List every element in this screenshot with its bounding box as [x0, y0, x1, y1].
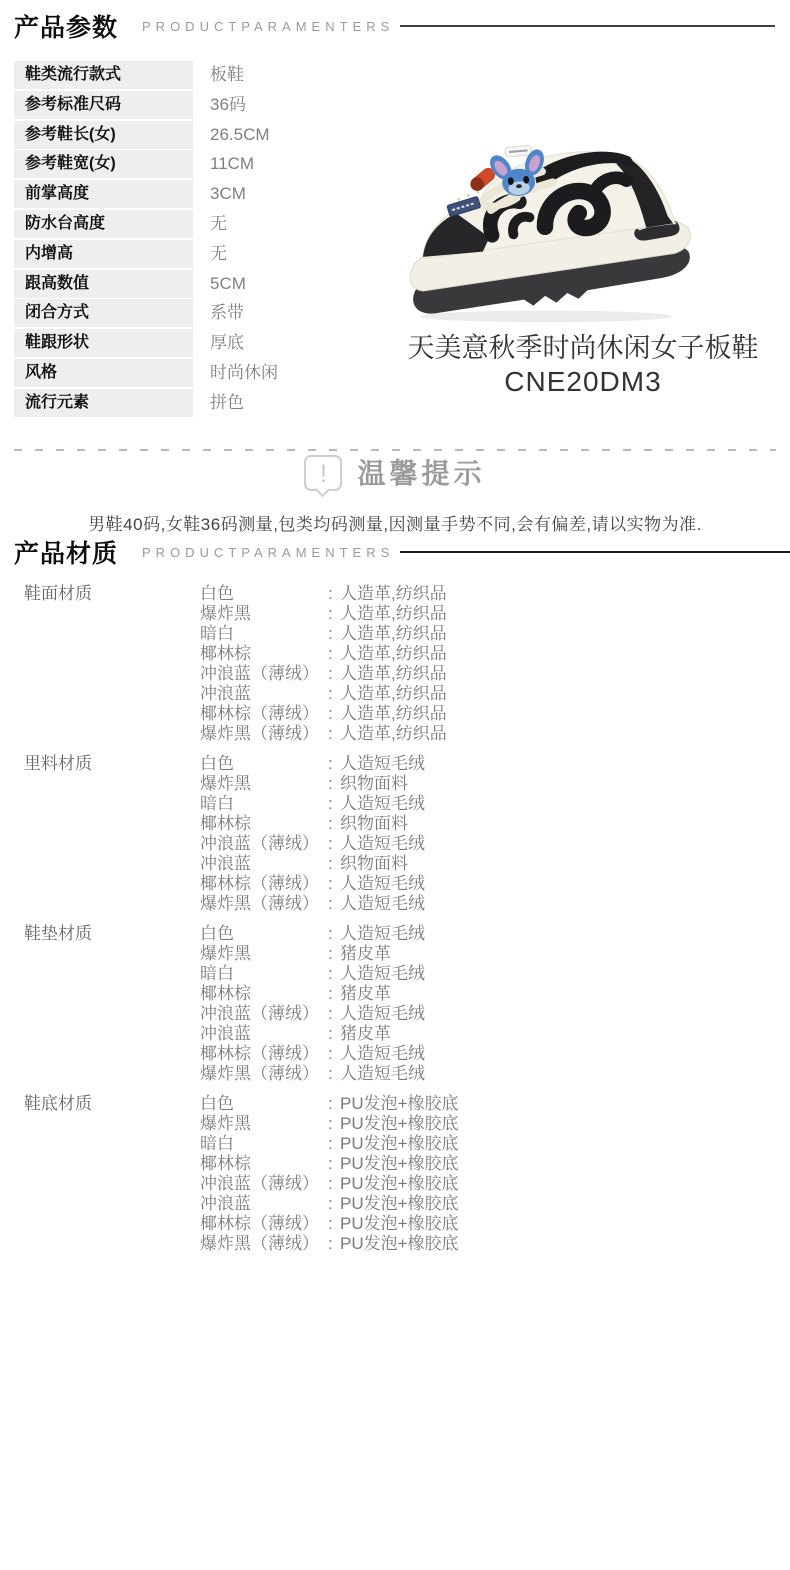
dashed-divider [14, 449, 776, 451]
material-value: 人造短毛绒 [340, 1004, 425, 1024]
material-rows: 白色 : PU发泡+橡胶底 爆炸黑 : PU发泡+橡胶底 暗白 : PU发泡+橡… [200, 1094, 790, 1254]
material-value: 人造短毛绒 [340, 874, 425, 894]
material-value: 人造短毛绒 [340, 794, 425, 814]
material-color-name: 椰林棕 [200, 814, 328, 834]
material-separator: : [328, 754, 340, 774]
material-row: 椰林棕 : 猪皮革 [200, 984, 790, 1004]
material-separator: : [328, 1004, 340, 1024]
material-value: 人造革,纺织品 [340, 724, 447, 744]
spec-table-row: 内增高 无 [14, 240, 394, 268]
material-separator: : [328, 814, 340, 834]
material-row: 白色 : 人造革,纺织品 [200, 584, 790, 604]
material-rows: 白色 : 人造短毛绒 爆炸黑 : 猪皮革 暗白 : 人造短毛绒 椰林棕 : 猪皮… [200, 924, 790, 1084]
product-visual: 天美意秋季时尚休闲女子板鞋 CNE20DM3 [390, 56, 776, 416]
tips-head: ! 温馨提示 [0, 455, 790, 501]
material-value: PU发泡+橡胶底 [340, 1114, 459, 1134]
material-row: 冲浪蓝 : 猪皮革 [200, 1024, 790, 1044]
material-row: 椰林棕 : 人造革,纺织品 [200, 644, 790, 664]
material-row: 暗白 : PU发泡+橡胶底 [200, 1134, 790, 1154]
spec-label: 前掌高度 [14, 180, 193, 208]
spec-label: 参考鞋长(女) [14, 121, 193, 149]
material-row: 爆炸黑（薄绒） : 人造短毛绒 [200, 1064, 790, 1084]
spec-value: 11CM [210, 150, 254, 178]
material-separator: : [328, 624, 340, 644]
spec-table-row: 鞋类流行款式 板鞋 [14, 61, 394, 89]
material-value: 人造革,纺织品 [340, 704, 447, 724]
material-color-name: 爆炸黑 [200, 944, 328, 964]
spec-label: 鞋类流行款式 [14, 61, 193, 89]
material-separator: : [328, 894, 340, 914]
material-separator: : [328, 1154, 340, 1174]
spec-table-row: 跟高数值 5CM [14, 270, 394, 298]
material-value: 人造革,纺织品 [340, 604, 447, 624]
material-separator: : [328, 644, 340, 664]
material-separator: : [328, 984, 340, 1004]
material-row: 冲浪蓝（薄绒） : 人造革,纺织品 [200, 664, 790, 684]
material-color-name: 爆炸黑 [200, 604, 328, 624]
material-value: 人造短毛绒 [340, 894, 425, 914]
tips-title: 温馨提示 [357, 455, 485, 493]
material-separator: : [328, 604, 340, 624]
material-color-name: 白色 [200, 1094, 328, 1114]
material-value: 猪皮革 [340, 984, 391, 1004]
material-row: 爆炸黑 : PU发泡+橡胶底 [200, 1114, 790, 1134]
material-value: 人造革,纺织品 [340, 664, 447, 684]
material-separator: : [328, 1214, 340, 1234]
tips-text: 男鞋40码,女鞋36码测量,包类均码测量,因测量手势不同,会有偏差,请以实物为准… [0, 510, 790, 535]
spec-label: 参考标准尺码 [14, 91, 193, 119]
material-row: 爆炸黑（薄绒） : 人造革,纺织品 [200, 724, 790, 744]
spec-label: 流行元素 [14, 389, 193, 417]
material-separator: : [328, 1094, 340, 1114]
material-color-name: 椰林棕 [200, 1154, 328, 1174]
material-color-name: 冲浪蓝（薄绒） [200, 1004, 328, 1024]
material-row: 爆炸黑 : 猪皮革 [200, 944, 790, 964]
material-row: 暗白 : 人造短毛绒 [200, 964, 790, 984]
material-color-name: 冲浪蓝 [200, 1194, 328, 1214]
spec-label: 内增高 [14, 240, 193, 268]
material-separator: : [328, 664, 340, 684]
material-separator: : [328, 1174, 340, 1194]
material-color-name: 爆炸黑（薄绒） [200, 724, 328, 744]
materials-section-title: 产品材质 [14, 534, 118, 570]
material-color-name: 暗白 [200, 964, 328, 984]
material-row: 冲浪蓝（薄绒） : 人造短毛绒 [200, 834, 790, 854]
material-separator: : [328, 1134, 340, 1154]
material-group-label: 鞋底材质 [14, 1094, 200, 1254]
material-color-name: 冲浪蓝（薄绒） [200, 1174, 328, 1194]
params-section-header: 产品参数 PRODUCTPARAMENTERS [14, 8, 775, 44]
spec-table-row: 参考标准尺码 36码 [14, 91, 394, 119]
spec-value: 36码 [210, 91, 246, 119]
material-color-name: 白色 [200, 924, 328, 944]
material-row: 暗白 : 人造短毛绒 [200, 794, 790, 814]
materials-section-header: 产品材质 PRODUCTPARAMENTERS [14, 534, 790, 570]
material-value: 人造革,纺织品 [340, 644, 447, 664]
spec-table-row: 防水台高度 无 [14, 210, 394, 238]
material-separator: : [328, 684, 340, 704]
material-row: 白色 : PU发泡+橡胶底 [200, 1094, 790, 1114]
material-value: 人造短毛绒 [340, 834, 425, 854]
material-color-name: 冲浪蓝（薄绒） [200, 834, 328, 854]
params-section-title: 产品参数 [14, 8, 118, 44]
material-row: 冲浪蓝（薄绒） : 人造短毛绒 [200, 1004, 790, 1024]
material-color-name: 白色 [200, 584, 328, 604]
materials-header-rule [400, 551, 790, 553]
material-value: PU发泡+橡胶底 [340, 1174, 459, 1194]
material-separator: : [328, 724, 340, 744]
material-value: 人造短毛绒 [340, 964, 425, 984]
params-section-subtitle: PRODUCTPARAMENTERS [142, 19, 394, 34]
spec-value: 厚底 [210, 329, 244, 357]
material-groups: 鞋面材质 白色 : 人造革,纺织品 爆炸黑 : 人造革,纺织品 暗白 : 人造革… [14, 584, 790, 1264]
material-row: 爆炸黑（薄绒） : 人造短毛绒 [200, 894, 790, 914]
material-color-name: 冲浪蓝（薄绒） [200, 664, 328, 684]
product-detail-page: 产品参数 PRODUCTPARAMENTERS 鞋类流行款式 板鞋 参考标准尺码… [0, 0, 790, 1570]
material-color-name: 冲浪蓝 [200, 684, 328, 704]
material-value: PU发泡+橡胶底 [340, 1194, 459, 1214]
spec-table-row: 风格 时尚休闲 [14, 359, 394, 387]
spec-value: 26.5CM [210, 121, 270, 149]
product-name: 天美意秋季时尚休闲女子板鞋 [390, 326, 776, 365]
product-image-sneaker [398, 136, 728, 328]
material-value: 人造革,纺织品 [340, 684, 447, 704]
params-header-rule [400, 25, 775, 27]
material-value: 人造短毛绒 [340, 1064, 425, 1084]
material-value: PU发泡+橡胶底 [340, 1134, 459, 1154]
spec-label: 参考鞋宽(女) [14, 150, 193, 178]
spec-table-row: 参考鞋宽(女) 11CM [14, 150, 394, 178]
material-color-name: 椰林棕 [200, 644, 328, 664]
material-value: PU发泡+橡胶底 [340, 1154, 459, 1174]
spec-table-row: 闭合方式 系带 [14, 299, 394, 327]
material-row: 爆炸黑 : 人造革,纺织品 [200, 604, 790, 624]
material-row: 冲浪蓝 : 织物面料 [200, 854, 790, 874]
material-color-name: 冲浪蓝 [200, 1024, 328, 1044]
product-model-code: CNE20DM3 [390, 366, 776, 398]
tips-block: ! 温馨提示 男鞋40码,女鞋36码测量,包类均码测量,因测量手势不同,会有偏差… [0, 455, 790, 535]
material-separator: : [328, 1024, 340, 1044]
exclamation-bubble-icon: ! [304, 455, 342, 491]
material-rows: 白色 : 人造短毛绒 爆炸黑 : 织物面料 暗白 : 人造短毛绒 椰林棕 : 织… [200, 754, 790, 914]
material-row: 爆炸黑 : 织物面料 [200, 774, 790, 794]
spec-value: 板鞋 [210, 61, 244, 89]
material-row: 椰林棕 : 织物面料 [200, 814, 790, 834]
material-color-name: 爆炸黑 [200, 774, 328, 794]
material-separator: : [328, 704, 340, 724]
material-separator: : [328, 924, 340, 944]
material-value: 人造短毛绒 [340, 754, 425, 774]
material-value: 人造革,纺织品 [340, 624, 447, 644]
material-separator: : [328, 964, 340, 984]
material-value: 人造短毛绒 [340, 1044, 425, 1064]
material-color-name: 椰林棕（薄绒） [200, 1214, 328, 1234]
material-separator: : [328, 584, 340, 604]
spec-value: 无 [210, 240, 227, 268]
material-value: 人造短毛绒 [340, 924, 425, 944]
materials-section-subtitle: PRODUCTPARAMENTERS [142, 545, 394, 560]
shoe-shadow [419, 311, 671, 323]
material-color-name: 椰林棕（薄绒） [200, 874, 328, 894]
material-group-label: 里料材质 [14, 754, 200, 914]
spec-table-row: 前掌高度 3CM [14, 180, 394, 208]
material-separator: : [328, 1114, 340, 1134]
material-value: 猪皮革 [340, 944, 391, 964]
spec-label: 闭合方式 [14, 299, 193, 327]
material-color-name: 椰林棕（薄绒） [200, 704, 328, 724]
spec-label: 防水台高度 [14, 210, 193, 238]
material-value: PU发泡+橡胶底 [340, 1094, 459, 1114]
spec-label: 鞋跟形状 [14, 329, 193, 357]
material-color-name: 爆炸黑（薄绒） [200, 1064, 328, 1084]
material-group-label: 鞋垫材质 [14, 924, 200, 1084]
material-value: 织物面料 [340, 854, 408, 874]
material-value: 织物面料 [340, 814, 408, 834]
material-row: 冲浪蓝 : PU发泡+橡胶底 [200, 1194, 790, 1214]
spec-table-row: 参考鞋长(女) 26.5CM [14, 121, 394, 149]
material-separator: : [328, 774, 340, 794]
material-separator: : [328, 1044, 340, 1064]
material-value: 猪皮革 [340, 1024, 391, 1044]
spec-table-row: 鞋跟形状 厚底 [14, 329, 394, 357]
material-color-name: 暗白 [200, 1134, 328, 1154]
material-row: 冲浪蓝 : 人造革,纺织品 [200, 684, 790, 704]
material-value: 织物面料 [340, 774, 408, 794]
material-color-name: 爆炸黑（薄绒） [200, 1234, 328, 1254]
material-row: 椰林棕（薄绒） : PU发泡+橡胶底 [200, 1214, 790, 1234]
material-color-name: 爆炸黑 [200, 1114, 328, 1134]
spec-value: 拼色 [210, 389, 244, 417]
material-row: 白色 : 人造短毛绒 [200, 754, 790, 774]
material-color-name: 椰林棕 [200, 984, 328, 1004]
material-color-name: 冲浪蓝 [200, 854, 328, 874]
material-separator: : [328, 1194, 340, 1214]
material-value: 人造革,纺织品 [340, 584, 447, 604]
spec-value: 5CM [210, 270, 246, 298]
material-color-name: 爆炸黑（薄绒） [200, 894, 328, 914]
material-group: 鞋垫材质 白色 : 人造短毛绒 爆炸黑 : 猪皮革 暗白 : 人造短毛绒 椰林棕… [14, 924, 790, 1084]
material-color-name: 椰林棕（薄绒） [200, 1044, 328, 1064]
material-separator: : [328, 794, 340, 814]
material-group-label: 鞋面材质 [14, 584, 200, 744]
material-row: 白色 : 人造短毛绒 [200, 924, 790, 944]
spec-label: 跟高数值 [14, 270, 193, 298]
spec-value: 系带 [210, 299, 244, 327]
material-separator: : [328, 874, 340, 894]
material-separator: : [328, 854, 340, 874]
material-group: 鞋面材质 白色 : 人造革,纺织品 爆炸黑 : 人造革,纺织品 暗白 : 人造革… [14, 584, 790, 744]
material-rows: 白色 : 人造革,纺织品 爆炸黑 : 人造革,纺织品 暗白 : 人造革,纺织品 … [200, 584, 790, 744]
material-value: PU发泡+橡胶底 [340, 1214, 459, 1234]
material-color-name: 白色 [200, 754, 328, 774]
material-group: 鞋底材质 白色 : PU发泡+橡胶底 爆炸黑 : PU发泡+橡胶底 暗白 : P… [14, 1094, 790, 1254]
material-row: 椰林棕（薄绒） : 人造短毛绒 [200, 1044, 790, 1064]
spec-value: 无 [210, 210, 227, 238]
material-separator: : [328, 1064, 340, 1084]
material-row: 暗白 : 人造革,纺织品 [200, 624, 790, 644]
spec-value: 3CM [210, 180, 246, 208]
material-row: 椰林棕 : PU发泡+橡胶底 [200, 1154, 790, 1174]
spec-value: 时尚休闲 [210, 359, 278, 387]
material-color-name: 暗白 [200, 794, 328, 814]
spec-table: 鞋类流行款式 板鞋 参考标准尺码 36码 参考鞋长(女) 26.5CM 参考鞋宽… [14, 61, 394, 419]
material-row: 椰林棕（薄绒） : 人造短毛绒 [200, 874, 790, 894]
material-separator: : [328, 834, 340, 854]
material-row: 爆炸黑（薄绒） : PU发泡+橡胶底 [200, 1234, 790, 1254]
material-row: 冲浪蓝（薄绒） : PU发泡+橡胶底 [200, 1174, 790, 1194]
material-color-name: 暗白 [200, 624, 328, 644]
material-separator: : [328, 1234, 340, 1254]
material-row: 椰林棕（薄绒） : 人造革,纺织品 [200, 704, 790, 724]
material-group: 里料材质 白色 : 人造短毛绒 爆炸黑 : 织物面料 暗白 : 人造短毛绒 椰林… [14, 754, 790, 914]
spec-table-row: 流行元素 拼色 [14, 389, 394, 417]
material-value: PU发泡+橡胶底 [340, 1234, 459, 1254]
material-separator: : [328, 944, 340, 964]
spec-label: 风格 [14, 359, 193, 387]
